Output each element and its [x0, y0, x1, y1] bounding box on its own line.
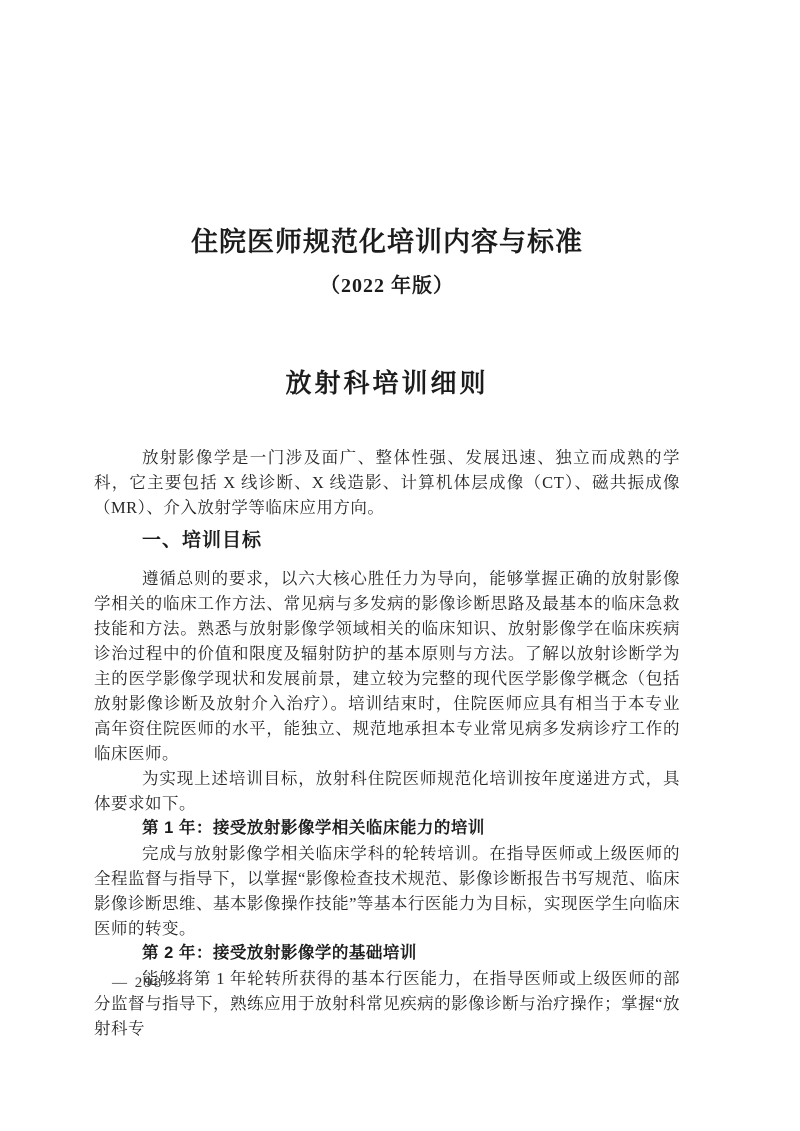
chapter-title: 放射科培训细则	[94, 367, 680, 399]
section-heading-training-goals: 一、培训目标	[94, 528, 680, 554]
book-edition: （2022 年版）	[94, 273, 680, 299]
intro-paragraph: 放射影像学是一门涉及面广、整体性强、发展迅速、独立而成熟的学科，它主要包括 X …	[94, 445, 680, 520]
training-goals-paragraph-1: 遵循总则的要求，以六大核心胜任力为导向，能够掌握正确的放射影像学相关的临床工作方…	[94, 566, 680, 766]
year2-heading: 第 2 年：接受放射影像学的基础培训	[94, 941, 680, 966]
training-goals-paragraph-2: 为实现上述培训目标，放射科住院医师规范化培训按年度递进方式，具体要求如下。	[94, 766, 680, 816]
year1-paragraph: 完成与放射影像学相关临床学科的轮转培训。在指导医师或上级医师的全程监督与指导下，…	[94, 841, 680, 941]
page-number: — 298 —	[112, 974, 186, 992]
year1-heading: 第 1 年：接受放射影像学相关临床能力的培训	[94, 816, 680, 841]
page-content: 住院医师规范化培训内容与标准 （2022 年版） 放射科培训细则 放射影像学是一…	[94, 0, 680, 1041]
book-title: 住院医师规范化培训内容与标准	[94, 226, 680, 258]
document-body: 放射影像学是一门涉及面广、整体性强、发展迅速、独立而成熟的学科，它主要包括 X …	[94, 445, 680, 1041]
document-page: 住院医师规范化培训内容与标准 （2022 年版） 放射科培训细则 放射影像学是一…	[0, 0, 800, 1131]
